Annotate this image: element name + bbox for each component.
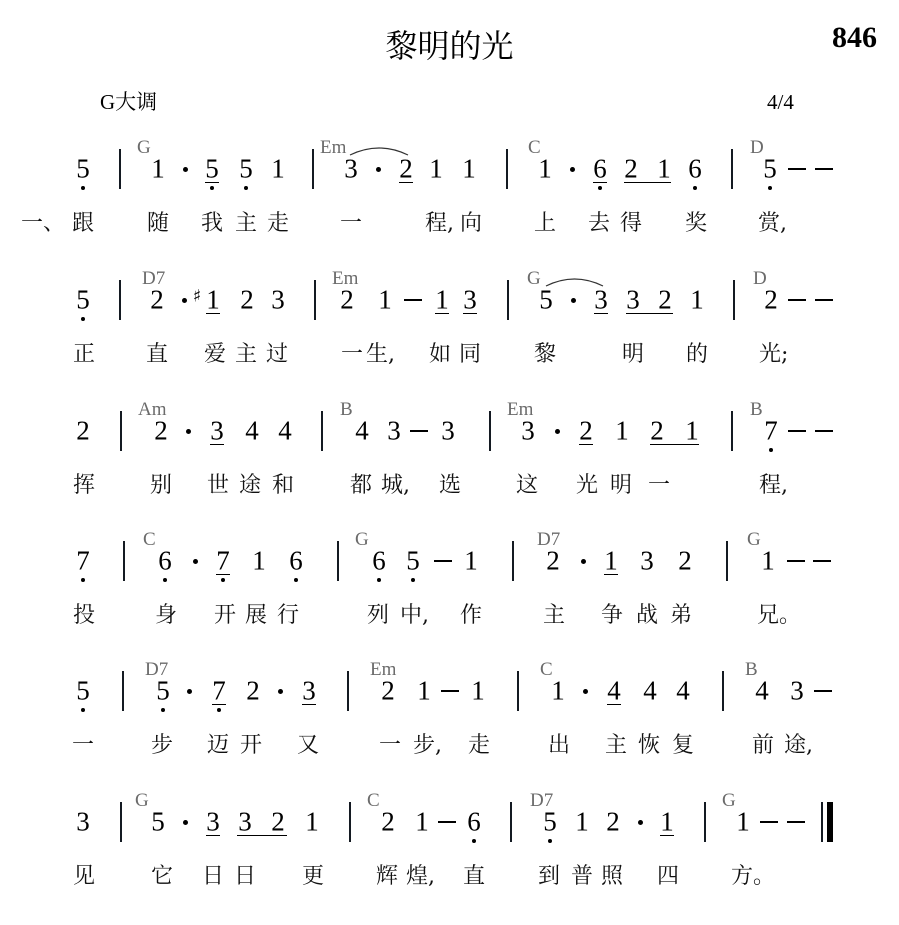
underline-beam <box>435 313 449 314</box>
low-octave-dot <box>81 708 85 712</box>
low-octave-dot <box>411 578 415 582</box>
underline-beam <box>607 704 621 705</box>
extension-dash <box>438 821 456 823</box>
barline <box>123 541 125 581</box>
lyric-syllable: 复 <box>672 735 694 757</box>
lyric-syllable: 开 <box>240 735 262 757</box>
lyric-syllable: 主 <box>605 735 627 757</box>
chord-symbol: B <box>750 400 763 419</box>
chord-symbol: Em <box>370 660 396 679</box>
note-digit: 7 <box>764 418 778 445</box>
note-digit: 7 <box>76 548 90 575</box>
note-digit: 2 <box>624 156 638 183</box>
underline-beam <box>626 313 673 314</box>
barline <box>321 411 323 451</box>
time-signature: 4/4 <box>767 90 794 114</box>
low-octave-dot <box>472 839 476 843</box>
underline-beam <box>399 182 413 183</box>
lyric-syllable: 如 <box>429 344 451 366</box>
lyric-syllable: 挥 <box>73 475 95 497</box>
lyric-syllable: 争 <box>601 605 623 627</box>
low-octave-dot <box>768 186 772 190</box>
augmentation-dot <box>571 298 576 303</box>
lyric-syllable: 向 <box>460 213 482 235</box>
extension-dash <box>787 560 805 562</box>
underline-beam <box>593 182 607 183</box>
chord-symbol: D7 <box>142 269 165 288</box>
chord-symbol: D7 <box>530 791 553 810</box>
song-title: 黎明的光 <box>0 26 899 66</box>
note-digit: 5 <box>543 809 557 836</box>
note-digit: 2 <box>650 418 664 445</box>
lyric-syllable: 城, <box>381 475 410 497</box>
augmentation-dot <box>583 689 588 694</box>
augmentation-dot <box>183 167 188 172</box>
underline-beam <box>302 704 316 705</box>
underline-beam <box>594 313 608 314</box>
augmentation-dot <box>186 429 191 434</box>
note-digit: 3 <box>344 156 358 183</box>
lyric-syllable: 一、 <box>21 213 65 235</box>
note-digit: 3 <box>238 809 252 836</box>
extension-dash <box>410 430 428 432</box>
lyric-syllable: 迈 <box>207 735 229 757</box>
note-digit: 2 <box>76 418 90 445</box>
note-digit: 5 <box>239 156 253 183</box>
note-digit: 5 <box>156 678 170 705</box>
lyric-syllable: 世 <box>207 475 229 497</box>
augmentation-dot <box>278 689 283 694</box>
note-digit: 5 <box>76 287 90 314</box>
underline-beam <box>206 835 220 836</box>
lyric-syllable: 这 <box>516 475 538 497</box>
note-digit: 5 <box>406 548 420 575</box>
lyric-syllable: 直 <box>463 866 485 888</box>
barline <box>314 280 316 320</box>
lyric-syllable: 程, <box>759 475 788 497</box>
note-digit: 6 <box>289 548 303 575</box>
chord-symbol: G <box>135 791 149 810</box>
chord-symbol: C <box>540 660 553 679</box>
note-digit: 1 <box>604 548 618 575</box>
note-digit: 2 <box>606 809 620 836</box>
low-octave-dot <box>81 317 85 321</box>
lyric-syllable: 开 <box>214 605 236 627</box>
low-octave-dot <box>377 578 381 582</box>
note-digit: 3 <box>76 809 90 836</box>
note-digit: 2 <box>678 548 692 575</box>
barline <box>347 671 349 711</box>
lyric-syllable: 我 <box>201 213 223 235</box>
note-digit: 2 <box>764 287 778 314</box>
underline-beam <box>604 574 618 575</box>
note-digit: 5 <box>151 809 165 836</box>
lyric-syllable: 同 <box>459 344 481 366</box>
lyric-syllable: 兄。 <box>757 605 801 627</box>
barline <box>349 802 351 842</box>
note-digit: 1 <box>378 287 392 314</box>
barline <box>510 802 512 842</box>
note-digit: 1 <box>551 678 565 705</box>
note-digit: 1 <box>464 548 478 575</box>
tie-layer <box>0 300 1 301</box>
underline-beam <box>650 444 699 445</box>
note-digit: 1 <box>660 809 674 836</box>
augmentation-dot <box>182 298 187 303</box>
chord-symbol: D7 <box>537 530 560 549</box>
note-digit: 3 <box>521 418 535 445</box>
note-digit: 1 <box>271 156 285 183</box>
note-digit: 1 <box>305 809 319 836</box>
barline <box>312 149 314 189</box>
lyric-syllable: 直 <box>146 344 168 366</box>
low-octave-dot <box>548 839 552 843</box>
note-digit: 3 <box>626 287 640 314</box>
low-octave-dot <box>244 186 248 190</box>
lyric-syllable: 去 <box>588 213 610 235</box>
underline-beam <box>206 313 220 314</box>
note-digit: 3 <box>302 678 316 705</box>
chord-symbol: G <box>747 530 761 549</box>
lyric-syllable: 一 <box>72 735 94 757</box>
underline-beam <box>237 835 287 836</box>
extension-dash <box>815 430 833 432</box>
barline <box>119 280 121 320</box>
underline-beam <box>660 835 674 836</box>
low-octave-dot <box>81 578 85 582</box>
note-digit: 7 <box>216 548 230 575</box>
barline <box>512 541 514 581</box>
low-octave-dot <box>161 708 165 712</box>
lyric-syllable: 身 <box>155 605 177 627</box>
note-digit: 1 <box>575 809 589 836</box>
low-octave-dot <box>769 448 773 452</box>
barline <box>506 149 508 189</box>
extension-dash <box>404 299 422 301</box>
note-digit: 3 <box>790 678 804 705</box>
note-digit: 3 <box>594 287 608 314</box>
underline-beam <box>210 444 224 445</box>
lyric-syllable: 和 <box>272 475 294 497</box>
augmentation-dot <box>638 820 643 825</box>
lyric-syllable: 一 <box>379 735 401 757</box>
lyric-syllable: 上 <box>534 213 556 235</box>
extension-dash <box>788 299 806 301</box>
lyric-syllable: 战 <box>636 605 658 627</box>
chord-symbol: Am <box>138 400 167 419</box>
lyric-syllable: 普 <box>571 866 593 888</box>
note-digit: 2 <box>658 287 672 314</box>
extension-dash <box>787 821 805 823</box>
extension-dash <box>434 560 452 562</box>
final-barline-thin <box>821 802 823 842</box>
lyric-syllable: 明 <box>610 475 632 497</box>
note-digit: 2 <box>381 678 395 705</box>
lyric-syllable: 步, <box>413 735 442 757</box>
note-digit: 1 <box>151 156 165 183</box>
underline-beam <box>212 704 226 705</box>
note-digit: 2 <box>546 548 560 575</box>
extension-dash <box>441 690 459 692</box>
lyric-syllable: 主 <box>235 213 257 235</box>
note-digit: 2 <box>579 418 593 445</box>
augmentation-dot <box>581 559 586 564</box>
note-digit: 5 <box>76 678 90 705</box>
lyric-syllable: 光; <box>759 344 788 366</box>
note-digit: 1 <box>417 678 431 705</box>
lyric-syllable: 跟 <box>72 213 94 235</box>
lyric-syllable: 奖 <box>685 213 707 235</box>
lyric-syllable: 的 <box>686 344 708 366</box>
barline <box>731 411 733 451</box>
lyric-syllable: 都 <box>350 475 372 497</box>
barline <box>722 671 724 711</box>
low-octave-dot <box>217 708 221 712</box>
chord-symbol: C <box>528 138 541 157</box>
lyric-syllable: 行 <box>277 605 299 627</box>
hymn-number: 846 <box>832 22 877 54</box>
lyric-syllable: 展 <box>245 605 267 627</box>
note-digit: 4 <box>755 678 769 705</box>
lyric-syllable: 它 <box>151 866 173 888</box>
lyric-syllable: 正 <box>73 344 95 366</box>
lyric-syllable: 方。 <box>731 866 775 888</box>
augmentation-dot <box>376 167 381 172</box>
barline <box>731 149 733 189</box>
extension-dash <box>813 560 831 562</box>
note-digit: 4 <box>245 418 259 445</box>
augmentation-dot <box>570 167 575 172</box>
barline <box>120 802 122 842</box>
note-digit: 2 <box>150 287 164 314</box>
note-digit: 2 <box>340 287 354 314</box>
barline <box>704 802 706 842</box>
note-digit: 4 <box>278 418 292 445</box>
chord-symbol: G <box>722 791 736 810</box>
lyric-syllable: 投 <box>73 605 95 627</box>
lyric-syllable: 中, <box>400 605 429 627</box>
note-digit: 3 <box>210 418 224 445</box>
tie-layer <box>0 169 1 170</box>
low-octave-dot <box>221 578 225 582</box>
lyric-syllable: 过 <box>266 344 288 366</box>
key-signature: G大调 <box>100 90 157 114</box>
note-digit: 1 <box>471 678 485 705</box>
barline <box>517 671 519 711</box>
barline <box>507 280 509 320</box>
note-digit: 6 <box>688 156 702 183</box>
note-digit: 1 <box>462 156 476 183</box>
lyric-syllable: 明 <box>622 344 644 366</box>
chord-symbol: Em <box>320 138 346 157</box>
note-digit: 1 <box>761 548 775 575</box>
lyric-syllable: 出 <box>548 735 570 757</box>
lyric-syllable: 程, <box>425 213 454 235</box>
note-digit: 2 <box>154 418 168 445</box>
chord-symbol: G <box>137 138 151 157</box>
lyric-syllable: 到 <box>538 866 560 888</box>
underline-beam <box>624 182 671 183</box>
note-digit: 3 <box>387 418 401 445</box>
lyric-syllable: 辉 <box>376 866 398 888</box>
underline-beam <box>463 313 477 314</box>
chord-symbol: C <box>367 791 380 810</box>
lyric-syllable: 光 <box>576 475 598 497</box>
note-digit: 1 <box>657 156 671 183</box>
chord-symbol: B <box>745 660 758 679</box>
extension-dash <box>815 168 833 170</box>
lyric-syllable: 恢 <box>638 735 660 757</box>
extension-dash <box>788 168 806 170</box>
note-digit: 4 <box>643 678 657 705</box>
lyric-syllable: 生, <box>366 344 395 366</box>
chord-symbol: G <box>355 530 369 549</box>
lyric-syllable: 一 <box>340 213 362 235</box>
lyric-syllable: 更 <box>302 866 324 888</box>
note-digit: 1 <box>435 287 449 314</box>
low-octave-dot <box>163 578 167 582</box>
note-digit: 4 <box>355 418 369 445</box>
sharp-accidental-icon: ♯ <box>193 289 201 306</box>
note-digit: 1 <box>615 418 629 445</box>
chord-symbol: B <box>340 400 353 419</box>
note-digit: 2 <box>271 809 285 836</box>
note-digit: 3 <box>206 809 220 836</box>
lyric-syllable: 煌, <box>406 866 435 888</box>
extension-dash <box>815 299 833 301</box>
lyric-syllable: 随 <box>147 213 169 235</box>
extension-dash <box>760 821 778 823</box>
lyric-syllable: 途, <box>784 735 813 757</box>
chord-symbol: D <box>750 138 764 157</box>
note-digit: 3 <box>271 287 285 314</box>
low-octave-dot <box>210 186 214 190</box>
note-digit: 2 <box>399 156 413 183</box>
lyric-syllable: 作 <box>460 605 482 627</box>
chord-symbol: D7 <box>145 660 168 679</box>
extension-dash <box>788 430 806 432</box>
note-digit: 1 <box>429 156 443 183</box>
lyric-syllable: 走 <box>267 213 289 235</box>
note-digit: 1 <box>415 809 429 836</box>
chord-symbol: Em <box>507 400 533 419</box>
augmentation-dot <box>183 820 188 825</box>
note-digit: 1 <box>736 809 750 836</box>
low-octave-dot <box>693 186 697 190</box>
lyric-syllable: 途 <box>239 475 261 497</box>
note-digit: 2 <box>246 678 260 705</box>
barline <box>337 541 339 581</box>
low-octave-dot <box>294 578 298 582</box>
lyric-syllable: 黎 <box>534 344 556 366</box>
low-octave-dot <box>598 186 602 190</box>
augmentation-dot <box>555 429 560 434</box>
barline <box>122 671 124 711</box>
note-digit: 2 <box>381 809 395 836</box>
note-digit: 4 <box>676 678 690 705</box>
extension-dash <box>814 690 832 692</box>
note-digit: 5 <box>76 156 90 183</box>
chord-symbol: D <box>753 269 767 288</box>
note-digit: 1 <box>206 287 220 314</box>
lyric-syllable: 别 <box>150 475 172 497</box>
chord-symbol: Em <box>332 269 358 288</box>
note-digit: 7 <box>212 678 226 705</box>
lyric-syllable: 日 <box>234 866 256 888</box>
note-digit: 5 <box>205 156 219 183</box>
lyric-syllable: 爱 <box>204 344 226 366</box>
lyric-syllable: 一 <box>648 475 670 497</box>
lyric-syllable: 主 <box>235 344 257 366</box>
note-digit: 1 <box>538 156 552 183</box>
note-digit: 6 <box>467 809 481 836</box>
note-digit: 1 <box>690 287 704 314</box>
barline <box>489 411 491 451</box>
lyric-syllable: 四 <box>657 866 679 888</box>
lyric-syllable: 得 <box>620 213 642 235</box>
note-digit: 4 <box>607 678 621 705</box>
note-digit: 1 <box>685 418 699 445</box>
note-digit: 5 <box>539 287 553 314</box>
underline-beam <box>216 574 230 575</box>
lyric-syllable: 见 <box>73 866 95 888</box>
note-digit: 6 <box>158 548 172 575</box>
underline-beam <box>205 182 219 183</box>
final-barline-thick <box>827 802 833 842</box>
chord-symbol: C <box>143 530 156 549</box>
note-digit: 5 <box>763 156 777 183</box>
chord-symbol: G <box>527 269 541 288</box>
augmentation-dot <box>193 559 198 564</box>
underline-beam <box>579 444 593 445</box>
note-digit: 1 <box>252 548 266 575</box>
augmentation-dot <box>187 689 192 694</box>
lyric-syllable: 照 <box>601 866 623 888</box>
lyric-syllable: 主 <box>543 605 565 627</box>
barline <box>726 541 728 581</box>
barline <box>119 149 121 189</box>
lyric-syllable: 走 <box>468 735 490 757</box>
low-octave-dot <box>81 186 85 190</box>
score-page: 黎明的光 846 G大调 4/4 515513211162165GEmCD一、跟… <box>0 0 899 925</box>
barline <box>120 411 122 451</box>
lyric-syllable: 前 <box>752 735 774 757</box>
lyric-syllable: 赏, <box>758 213 787 235</box>
note-digit: 2 <box>240 287 254 314</box>
note-digit: 6 <box>372 548 386 575</box>
lyric-syllable: 步 <box>151 735 173 757</box>
barline <box>733 280 735 320</box>
lyric-syllable: 选 <box>439 475 461 497</box>
note-digit: 3 <box>441 418 455 445</box>
lyric-syllable: 日 <box>202 866 224 888</box>
note-digit: 3 <box>640 548 654 575</box>
lyric-syllable: 列 <box>367 605 389 627</box>
note-digit: 3 <box>463 287 477 314</box>
note-digit: 6 <box>593 156 607 183</box>
lyric-syllable: 弟 <box>670 605 692 627</box>
lyric-syllable: 又 <box>297 735 319 757</box>
lyric-syllable: 一 <box>341 344 363 366</box>
